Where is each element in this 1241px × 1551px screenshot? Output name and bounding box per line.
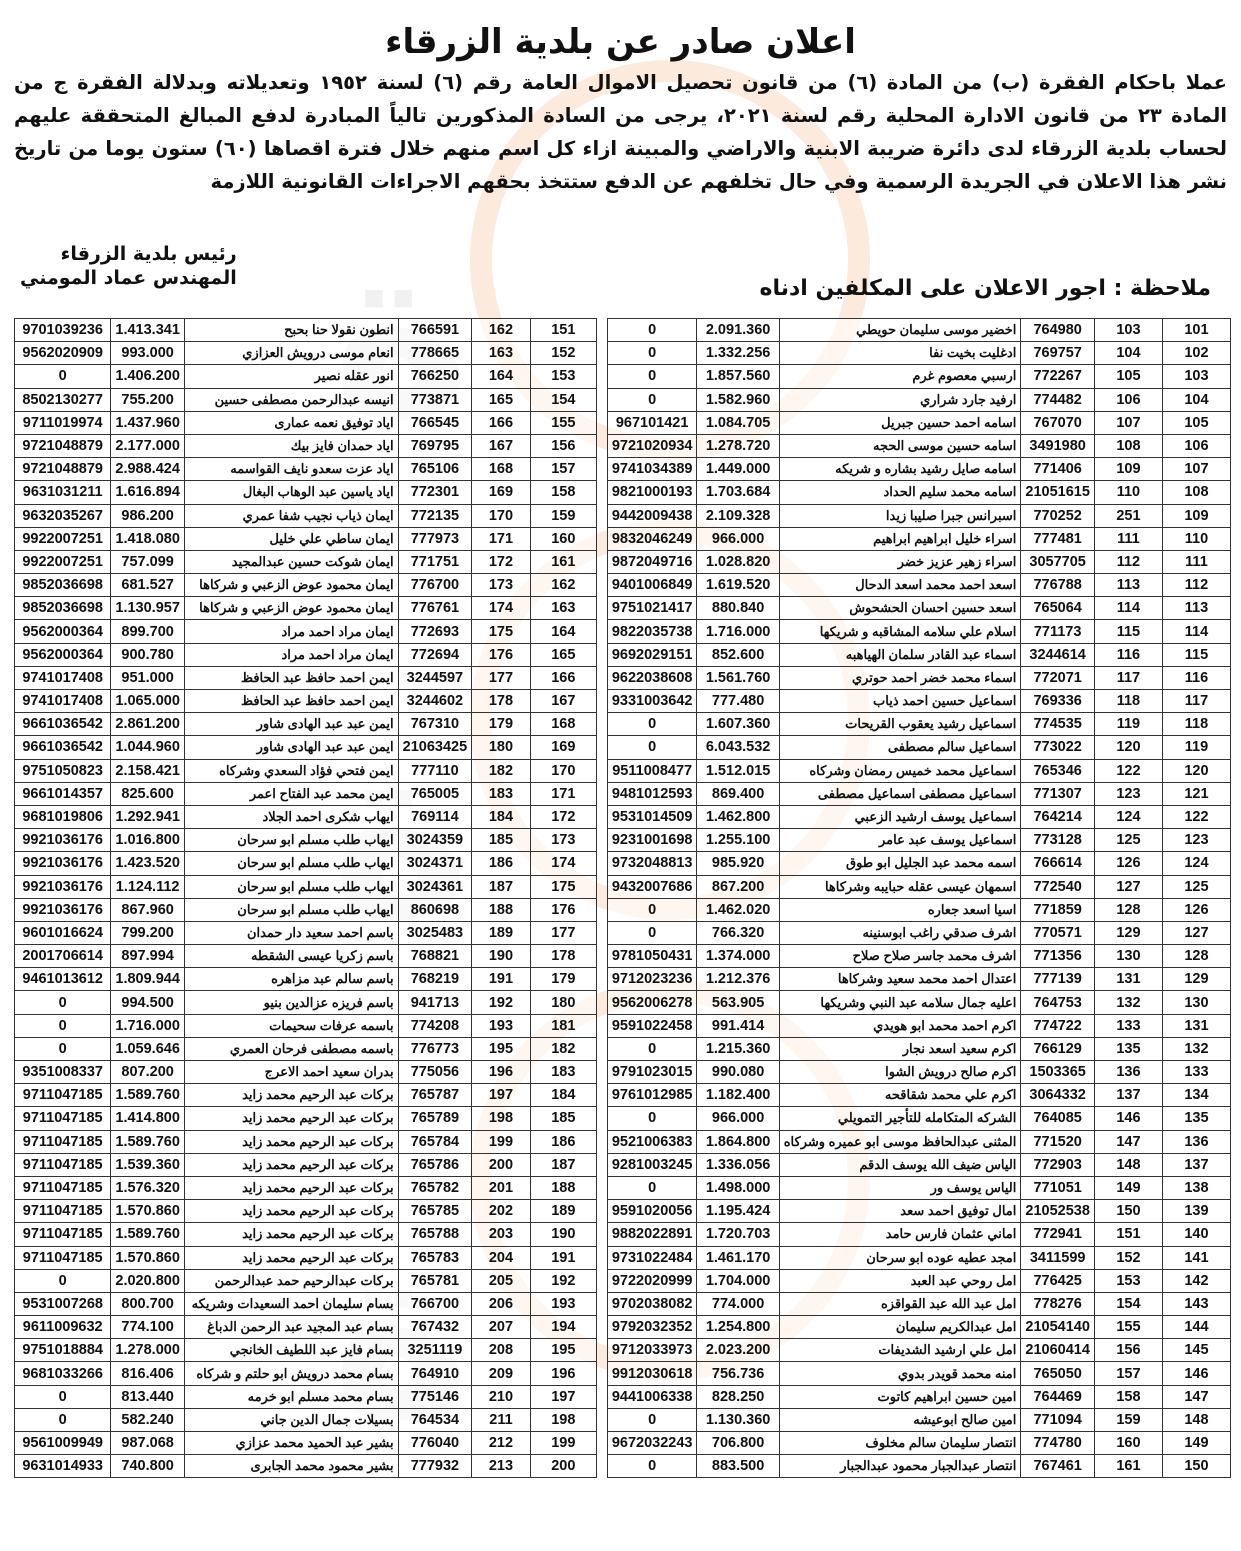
account-cell: 9331003642 <box>607 690 697 713</box>
name-cell: اسماعيل يوسف ارشيد الزعبي <box>779 805 1021 828</box>
name-cell: انعام موسى درويش العزازي <box>184 342 398 365</box>
account-cell: 9852036698 <box>15 574 111 597</box>
sequence-cell: 114 <box>1094 597 1162 620</box>
sequence-cell: 205 <box>472 1269 531 1292</box>
account-cell: 9562000364 <box>15 620 111 643</box>
name-cell: ايهاب طلب مسلم ابو سرحان <box>184 829 398 852</box>
number-cell: 151 <box>530 319 596 342</box>
name-cell: امنه محمد قويدر بدوي <box>779 1362 1021 1385</box>
amount-cell: 897.994 <box>111 945 185 968</box>
code-cell: 773128 <box>1021 829 1095 852</box>
number-cell: 133 <box>1162 1061 1230 1084</box>
table-row: 96610365421.044.960ايمن عبد عبد الهادى ش… <box>15 736 597 759</box>
amount-cell: 867.960 <box>111 898 185 921</box>
name-cell: الياس ضيف الله يوسف الدقم <box>779 1153 1021 1176</box>
code-cell: 772903 <box>1021 1153 1095 1176</box>
amount-cell: 1.461.170 <box>697 1246 779 1269</box>
name-cell: ايهاب طلب مسلم ابو سرحان <box>184 898 398 921</box>
name-cell: ايمان محمود عوض الزعبي و شركاها <box>184 597 398 620</box>
name-cell: امين صالح ابوعيشه <box>779 1408 1021 1431</box>
name-cell: باسمه عرفات سحيمات <box>184 1014 398 1037</box>
number-cell: 131 <box>1162 1014 1230 1037</box>
amount-cell: 800.700 <box>111 1292 185 1315</box>
sequence-cell: 189 <box>472 921 531 944</box>
number-cell: 141 <box>1162 1246 1230 1269</box>
announcement-body: عملا باحكام الفقرة (ب) من المادة (٦) من … <box>14 66 1227 198</box>
account-cell: 9711047185 <box>15 1084 111 1107</box>
amount-cell: 1.864.800 <box>697 1130 779 1153</box>
table-row: 9611009632774.100بسام عبد المجيد عبد الر… <box>15 1316 597 1339</box>
name-cell: اياد عزت سعدو نايف القواسمه <box>184 458 398 481</box>
amount-cell: 681.527 <box>111 574 185 597</box>
account-cell: 9711019974 <box>15 411 111 434</box>
account-cell: 9751050823 <box>15 759 111 782</box>
account-cell: 0 <box>607 1455 697 1478</box>
number-cell: 165 <box>530 643 596 666</box>
amount-cell: 869.400 <box>697 782 779 805</box>
name-cell: المثنى عبدالحافظ موسى ابو عميره وشركاه <box>779 1130 1021 1153</box>
sequence-cell: 129 <box>1094 921 1162 944</box>
sequence-cell: 131 <box>1094 968 1162 991</box>
sequence-cell: 167 <box>472 434 531 457</box>
account-cell: 0 <box>607 1176 697 1199</box>
table-row: 97010392361.413.341انطون نقولا حنا بحبح7… <box>15 319 597 342</box>
number-cell: 129 <box>1162 968 1230 991</box>
amount-cell: 1.278.000 <box>111 1339 185 1362</box>
code-cell: 765064 <box>1021 597 1095 620</box>
table-row: 96810198061.292.941ايهاب شكرى احمد الجلا… <box>15 805 597 828</box>
code-cell: 765787 <box>398 1084 472 1107</box>
number-cell: 188 <box>530 1176 596 1199</box>
signature-name: المهندس عماد المومني <box>20 266 237 290</box>
sequence-cell: 106 <box>1094 388 1162 411</box>
code-cell: 765784 <box>398 1130 472 1153</box>
amount-cell: 852.600 <box>697 643 779 666</box>
name-cell: اسماعيل يوسف عبد عامر <box>779 829 1021 852</box>
number-cell: 156 <box>530 434 596 457</box>
code-cell: 773871 <box>398 388 472 411</box>
account-cell: 9921036176 <box>15 898 111 921</box>
amount-cell: 774.100 <box>111 1316 185 1339</box>
number-cell: 185 <box>530 1107 596 1130</box>
amount-cell: 2.861.200 <box>111 713 185 736</box>
number-cell: 153 <box>530 365 596 388</box>
code-cell: 771520 <box>1021 1130 1095 1153</box>
amount-cell: 563.905 <box>697 991 779 1014</box>
sequence-cell: 173 <box>472 574 531 597</box>
code-cell: 772267 <box>1021 365 1095 388</box>
sequence-cell: 125 <box>1094 829 1162 852</box>
name-cell: اسامه محمد سليم الحداد <box>779 481 1021 504</box>
amount-cell: 1.336.056 <box>697 1153 779 1176</box>
number-cell: 162 <box>530 574 596 597</box>
number-cell: 189 <box>530 1200 596 1223</box>
sequence-cell: 122 <box>1094 759 1162 782</box>
code-cell: 767432 <box>398 1316 472 1339</box>
number-cell: 144 <box>1162 1316 1230 1339</box>
code-cell: 776425 <box>1021 1269 1095 1292</box>
sequence-cell: 210 <box>472 1385 531 1408</box>
code-cell: 21051615 <box>1021 481 1095 504</box>
name-cell: ايمن محمد عبد الفتاح اعمر <box>184 782 398 805</box>
number-cell: 117 <box>1162 690 1230 713</box>
amount-cell: 966.000 <box>697 1107 779 1130</box>
sequence-cell: 116 <box>1094 643 1162 666</box>
amount-cell: 582.240 <box>111 1408 185 1431</box>
amount-cell: 1.413.341 <box>111 319 185 342</box>
account-cell: 9562000364 <box>15 643 111 666</box>
sequence-cell: 206 <box>472 1292 531 1315</box>
name-cell: اماني عثمان فارس حامد <box>779 1223 1021 1246</box>
table-row: 9692029151852.600اسماء عبد القادر سلمان … <box>607 643 1230 666</box>
number-cell: 190 <box>530 1223 596 1246</box>
sequence-cell: 172 <box>472 550 531 573</box>
number-cell: 149 <box>1162 1432 1230 1455</box>
name-cell: بركات عبدالرحيم حمد عبدالرحمن <box>184 1269 398 1292</box>
name-cell: اياد توفيق نعمه عمارى <box>184 411 398 434</box>
sequence-cell: 191 <box>472 968 531 991</box>
amount-cell: 1.857.560 <box>697 365 779 388</box>
number-cell: 126 <box>1162 898 1230 921</box>
number-cell: 138 <box>1162 1176 1230 1199</box>
code-cell: 765346 <box>1021 759 1095 782</box>
number-cell: 119 <box>1162 736 1230 759</box>
number-cell: 193 <box>530 1292 596 1315</box>
number-cell: 123 <box>1162 829 1230 852</box>
sequence-cell: 182 <box>472 759 531 782</box>
code-cell: 765782 <box>398 1176 472 1199</box>
code-cell: 3024359 <box>398 829 472 852</box>
account-cell: 9721020934 <box>607 434 697 457</box>
announcement-header: اعلان صادر عن بلدية الزرقاء عملا باحكام … <box>0 22 1241 198</box>
name-cell: اياد ياسين عبد الوهاب البغال <box>184 481 398 504</box>
number-cell: 148 <box>1162 1408 1230 1431</box>
account-cell: 0 <box>607 388 697 411</box>
sequence-cell: 192 <box>472 991 531 1014</box>
name-cell: اعليه جمال سلامه عبد النبي وشريكها <box>779 991 1021 1014</box>
name-cell: اكرم سعيد اسعد نجار <box>779 1037 1021 1060</box>
account-cell: 9921036176 <box>15 875 111 898</box>
sequence-cell: 156 <box>1094 1339 1162 1362</box>
number-cell: 108 <box>1162 481 1230 504</box>
name-cell: ادغليت بخيت نفا <box>779 342 1021 365</box>
name-cell: بدران سعيد احمد الاعرج <box>184 1061 398 1084</box>
number-cell: 155 <box>530 411 596 434</box>
sequence-cell: 119 <box>1094 713 1162 736</box>
amount-cell: 1.084.705 <box>697 411 779 434</box>
amount-cell: 1.059.646 <box>111 1037 185 1060</box>
number-cell: 110 <box>1162 527 1230 550</box>
number-cell: 174 <box>530 852 596 875</box>
amount-cell: 813.440 <box>111 1385 185 1408</box>
account-cell: 9281003245 <box>607 1153 697 1176</box>
name-cell: اكرم علي محمد شقاقحه <box>779 1084 1021 1107</box>
name-cell: ايمان محمود عوض الزعبي و شركاها <box>184 574 398 597</box>
name-cell: ايمن عبد عبد الهادى شاور <box>184 713 398 736</box>
account-cell: 0 <box>607 898 697 921</box>
sequence-cell: 169 <box>472 481 531 504</box>
code-cell: 766545 <box>398 411 472 434</box>
sequence-cell: 146 <box>1094 1107 1162 1130</box>
sequence-cell: 161 <box>1094 1455 1162 1478</box>
code-cell: 765050 <box>1021 1362 1095 1385</box>
name-cell: اسماعيل سالم مصطفى <box>779 736 1021 759</box>
table-row: 01.582.960ارفيد جارد شراري774482106104 <box>607 388 1230 411</box>
code-cell: 3057705 <box>1021 550 1095 573</box>
code-cell: 764085 <box>1021 1107 1095 1130</box>
code-cell: 21060414 <box>1021 1339 1095 1362</box>
amount-cell: 1.582.960 <box>697 388 779 411</box>
name-cell: ايمن احمد حافظ عبد الحافظ <box>184 666 398 689</box>
name-cell: ايمن احمد حافظ عبد الحافظ <box>184 690 398 713</box>
sequence-cell: 104 <box>1094 342 1162 365</box>
code-cell: 774722 <box>1021 1014 1095 1037</box>
table-row: 94420094382.109.328اسبرانس جبرا صليبا زي… <box>607 504 1230 527</box>
name-cell: انتصار سليمان سالم مخلوف <box>779 1432 1021 1455</box>
table-row: 9681033266816.406بسام محمد درويش ابو حلت… <box>15 1362 597 1385</box>
code-cell: 21063425 <box>398 736 472 759</box>
sequence-cell: 137 <box>1094 1084 1162 1107</box>
name-cell: بركات عبد الرحيم محمد زايد <box>184 1246 398 1269</box>
table-row: 97120339732.023.200امل علي ارشيد الشديفا… <box>607 1339 1230 1362</box>
name-cell: امل عبدالكريم سليمان <box>779 1316 1021 1339</box>
table-row: 95110084771.512.015اسماعيل محمد خميس رمض… <box>607 759 1230 782</box>
code-cell: 777139 <box>1021 968 1095 991</box>
account-cell: 9632035267 <box>15 504 111 527</box>
sequence-cell: 160 <box>1094 1432 1162 1455</box>
table-row: 97110471851.570.860بركات عبد الرحيم محمد… <box>15 1246 597 1269</box>
table-row: 97810504311.374.000اشرف محمد جاسر صلاح ص… <box>607 945 1230 968</box>
amount-cell: 993.000 <box>111 342 185 365</box>
amount-cell: 740.800 <box>111 1455 185 1478</box>
account-cell: 9481012593 <box>607 782 697 805</box>
name-cell: امين حسين ابراهيم كاتوت <box>779 1385 1021 1408</box>
table-row: 0883.500انتصار عبدالجبار محمود عبدالجبار… <box>607 1455 1230 1478</box>
sequence-cell: 162 <box>472 319 531 342</box>
code-cell: 772941 <box>1021 1223 1095 1246</box>
code-cell: 3025483 <box>398 921 472 944</box>
sequence-cell: 163 <box>472 342 531 365</box>
table-row: 01.130.360امين صالح ابوعيشه771094159148 <box>607 1408 1230 1431</box>
account-cell: 9611009632 <box>15 1316 111 1339</box>
code-cell: 767310 <box>398 713 472 736</box>
code-cell: 776788 <box>1021 574 1095 597</box>
table-row: 01.462.020اسيا اسعد جعاره771859128126 <box>607 898 1230 921</box>
amount-cell: 880.840 <box>697 597 779 620</box>
account-cell: 9711047185 <box>15 1223 111 1246</box>
name-cell: ايمان ذياب نجيب شفا عمري <box>184 504 398 527</box>
amount-cell: 1.539.360 <box>111 1153 185 1176</box>
amount-cell: 1.212.376 <box>697 968 779 991</box>
announcement-title: اعلان صادر عن بلدية الزرقاء <box>14 22 1227 62</box>
code-cell: 777932 <box>398 1455 472 1478</box>
code-cell: 764214 <box>1021 805 1095 828</box>
table-row: 92310016981.255.100اسماعيل يوسف عبد عامر… <box>607 829 1230 852</box>
number-cell: 168 <box>530 713 596 736</box>
table-row: 96610365422.861.200ايمن عبد عبد الهادى ش… <box>15 713 597 736</box>
code-cell: 3024371 <box>398 852 472 875</box>
number-cell: 157 <box>530 458 596 481</box>
sequence-cell: 203 <box>472 1223 531 1246</box>
account-cell: 9731022484 <box>607 1246 697 1269</box>
sequence-cell: 204 <box>472 1246 531 1269</box>
code-cell: 775056 <box>398 1061 472 1084</box>
code-cell: 764980 <box>1021 319 1095 342</box>
table-row: 99210361761.423.520ايهاب طلب مسلم ابو سر… <box>15 852 597 875</box>
code-cell: 765783 <box>398 1246 472 1269</box>
table-row: 95210063831.864.800المثنى عبدالحافظ موسى… <box>607 1130 1230 1153</box>
amount-cell: 1.619.520 <box>697 574 779 597</box>
sequence-cell: 184 <box>472 805 531 828</box>
number-cell: 161 <box>530 550 596 573</box>
table-row: 9601016624799.200باسم احمد سعيد دار حمدا… <box>15 921 597 944</box>
account-cell: 0 <box>15 1385 111 1408</box>
sequence-cell: 164 <box>472 365 531 388</box>
amount-cell: 991.414 <box>697 1014 779 1037</box>
table-row: 9562020909993.000انعام موسى درويش العزاز… <box>15 342 597 365</box>
account-cell: 9231001698 <box>607 829 697 852</box>
table-row: 9922007251757.099ايمان شوكت حسين عبدالمج… <box>15 550 597 573</box>
account-cell: 9692029151 <box>607 643 697 666</box>
sequence-cell: 108 <box>1094 434 1162 457</box>
sequence-cell: 212 <box>472 1432 531 1455</box>
number-cell: 198 <box>530 1408 596 1431</box>
sequence-cell: 151 <box>1094 1223 1162 1246</box>
amount-cell: 1.065.000 <box>111 690 185 713</box>
number-cell: 103 <box>1162 365 1230 388</box>
amount-cell: 1.437.960 <box>111 411 185 434</box>
name-cell: امال توفيق احمد سعد <box>779 1200 1021 1223</box>
account-cell: 9681019806 <box>15 805 111 828</box>
name-cell: باسم زكريا عيسى الشقطه <box>184 945 398 968</box>
number-cell: 146 <box>1162 1362 1230 1385</box>
code-cell: 766591 <box>398 319 472 342</box>
account-cell: 9721048879 <box>15 458 111 481</box>
table-row: 97510188841.278.000بسام فايز عبد اللطيف … <box>15 1339 597 1362</box>
account-cell: 9661036542 <box>15 713 111 736</box>
amount-cell: 1.215.360 <box>697 1037 779 1060</box>
code-cell: 777110 <box>398 759 472 782</box>
table-row: 9671014211.084.705اسامه احمد حسين جبريل7… <box>607 411 1230 434</box>
table-row: 97510508232.158.421ايمن فتحي فؤاد السعدي… <box>15 759 597 782</box>
amount-cell: 1.616.894 <box>111 481 185 504</box>
name-cell: اسماعيل رشيد يعقوب القريحات <box>779 713 1021 736</box>
sequence-cell: 200 <box>472 1153 531 1176</box>
account-cell: 9591020056 <box>607 1200 697 1223</box>
name-cell: بسام سليمان احمد السعيدات وشريكه <box>184 1292 398 1315</box>
account-cell: 9711047185 <box>15 1130 111 1153</box>
sequence-cell: 197 <box>472 1084 531 1107</box>
code-cell: 765788 <box>398 1223 472 1246</box>
number-cell: 166 <box>530 666 596 689</box>
code-cell: 941713 <box>398 991 472 1014</box>
amount-cell: 1.406.200 <box>111 365 185 388</box>
table-row: 9481012593869.400اسماعيل مصطفى اسماعيل م… <box>607 782 1230 805</box>
account-cell: 0 <box>15 1014 111 1037</box>
name-cell: بسام عبد المجيد عبد الرحمن الدباغ <box>184 1316 398 1339</box>
amount-cell: 1.332.256 <box>697 342 779 365</box>
number-cell: 105 <box>1162 411 1230 434</box>
account-cell: 9401006849 <box>607 574 697 597</box>
table-row: 97110471851.570.860بركات عبد الرحيم محمد… <box>15 1200 597 1223</box>
table-row: 9791023015990.080اكرم صالح درويش الشوا15… <box>607 1061 1230 1084</box>
number-cell: 136 <box>1162 1130 1230 1153</box>
table-row: 02.091.360اخضير موسى سليمان حويطي7649801… <box>607 319 1230 342</box>
table-row: 9591022458991.414اكرم احمد محمد ابو هويد… <box>607 1014 1230 1037</box>
table-row: 9632035267986.200ايمان ذياب نجيب شفا عمر… <box>15 504 597 527</box>
sequence-cell: 199 <box>472 1130 531 1153</box>
name-cell: اسماعيل مصطفى اسماعيل مصطفى <box>779 782 1021 805</box>
number-cell: 159 <box>530 504 596 527</box>
amount-cell: 777.480 <box>697 690 779 713</box>
amount-cell: 756.736 <box>697 1362 779 1385</box>
name-cell: ارسبي معصوم غرم <box>779 365 1021 388</box>
table-row: 06.043.532اسماعيل سالم مصطفى773022120119 <box>607 736 1230 759</box>
number-cell: 194 <box>530 1316 596 1339</box>
account-cell: 9521006383 <box>607 1130 697 1153</box>
table-row: 9631014933740.800بشير محمود محمد الجابرى… <box>15 1455 597 1478</box>
code-cell: 860698 <box>398 898 472 921</box>
account-cell: 0 <box>15 1269 111 1292</box>
name-cell: انتصار عبدالجبار محمود عبدالجبار <box>779 1455 1021 1478</box>
account-cell: 0 <box>607 342 697 365</box>
number-cell: 164 <box>530 620 596 643</box>
number-cell: 179 <box>530 968 596 991</box>
table-row: 97920323521.254.800امل عبدالكريم سليمان2… <box>607 1316 1230 1339</box>
amount-cell: 816.406 <box>111 1362 185 1385</box>
code-cell: 773022 <box>1021 736 1095 759</box>
account-cell: 9791023015 <box>607 1061 697 1084</box>
table-row: 98210001931.703.684اسامه محمد سليم الحدا… <box>607 481 1230 504</box>
name-cell: اسامه صايل رشيد بشاره و شريكه <box>779 458 1021 481</box>
code-cell: 771751 <box>398 550 472 573</box>
number-cell: 150 <box>1162 1455 1230 1478</box>
amount-cell: 1.720.703 <box>697 1223 779 1246</box>
account-cell: 9461013612 <box>15 968 111 991</box>
name-cell: اخضير موسى سليمان حويطي <box>779 319 1021 342</box>
amount-cell: 899.700 <box>111 620 185 643</box>
table-row: 97110471851.539.360بركات عبد الرحيم محمد… <box>15 1153 597 1176</box>
number-cell: 163 <box>530 597 596 620</box>
account-cell: 9631031211 <box>15 481 111 504</box>
number-cell: 158 <box>530 481 596 504</box>
sequence-cell: 207 <box>472 1316 531 1339</box>
account-cell: 9721048879 <box>15 434 111 457</box>
sequence-cell: 193 <box>472 1014 531 1037</box>
account-cell: 9872049716 <box>607 550 697 573</box>
code-cell: 765785 <box>398 1200 472 1223</box>
table-row: 01.498.000الياس يوسف ور771051149138 <box>607 1176 1230 1199</box>
name-cell: ايهاب شكرى احمد الجلاد <box>184 805 398 828</box>
account-cell: 9741034389 <box>607 458 697 481</box>
code-cell: 3064332 <box>1021 1084 1095 1107</box>
table-row: 01.332.256ادغليت بخيت نفا769757104102 <box>607 342 1230 365</box>
number-cell: 197 <box>530 1385 596 1408</box>
table-row: 9562006278563.905اعليه جمال سلامه عبد ال… <box>607 991 1230 1014</box>
sequence-cell: 112 <box>1094 550 1162 573</box>
table-row: 98820228911.720.703اماني عثمان فارس حامد… <box>607 1223 1230 1246</box>
name-cell: بركات عبد الرحيم محمد زايد <box>184 1153 398 1176</box>
table-row: 97110471851.589.760بركات عبد الرحيم محمد… <box>15 1130 597 1153</box>
sequence-cell: 170 <box>472 504 531 527</box>
number-cell: 169 <box>530 736 596 759</box>
code-cell: 778276 <box>1021 1292 1095 1315</box>
name-cell: اشرف صدقي راغب ابوسنينه <box>779 921 1021 944</box>
table-row: 9531007268800.700بسام سليمان احمد السعيد… <box>15 1292 597 1315</box>
account-cell: 9921036176 <box>15 852 111 875</box>
number-cell: 139 <box>1162 1200 1230 1223</box>
number-cell: 192 <box>530 1269 596 1292</box>
